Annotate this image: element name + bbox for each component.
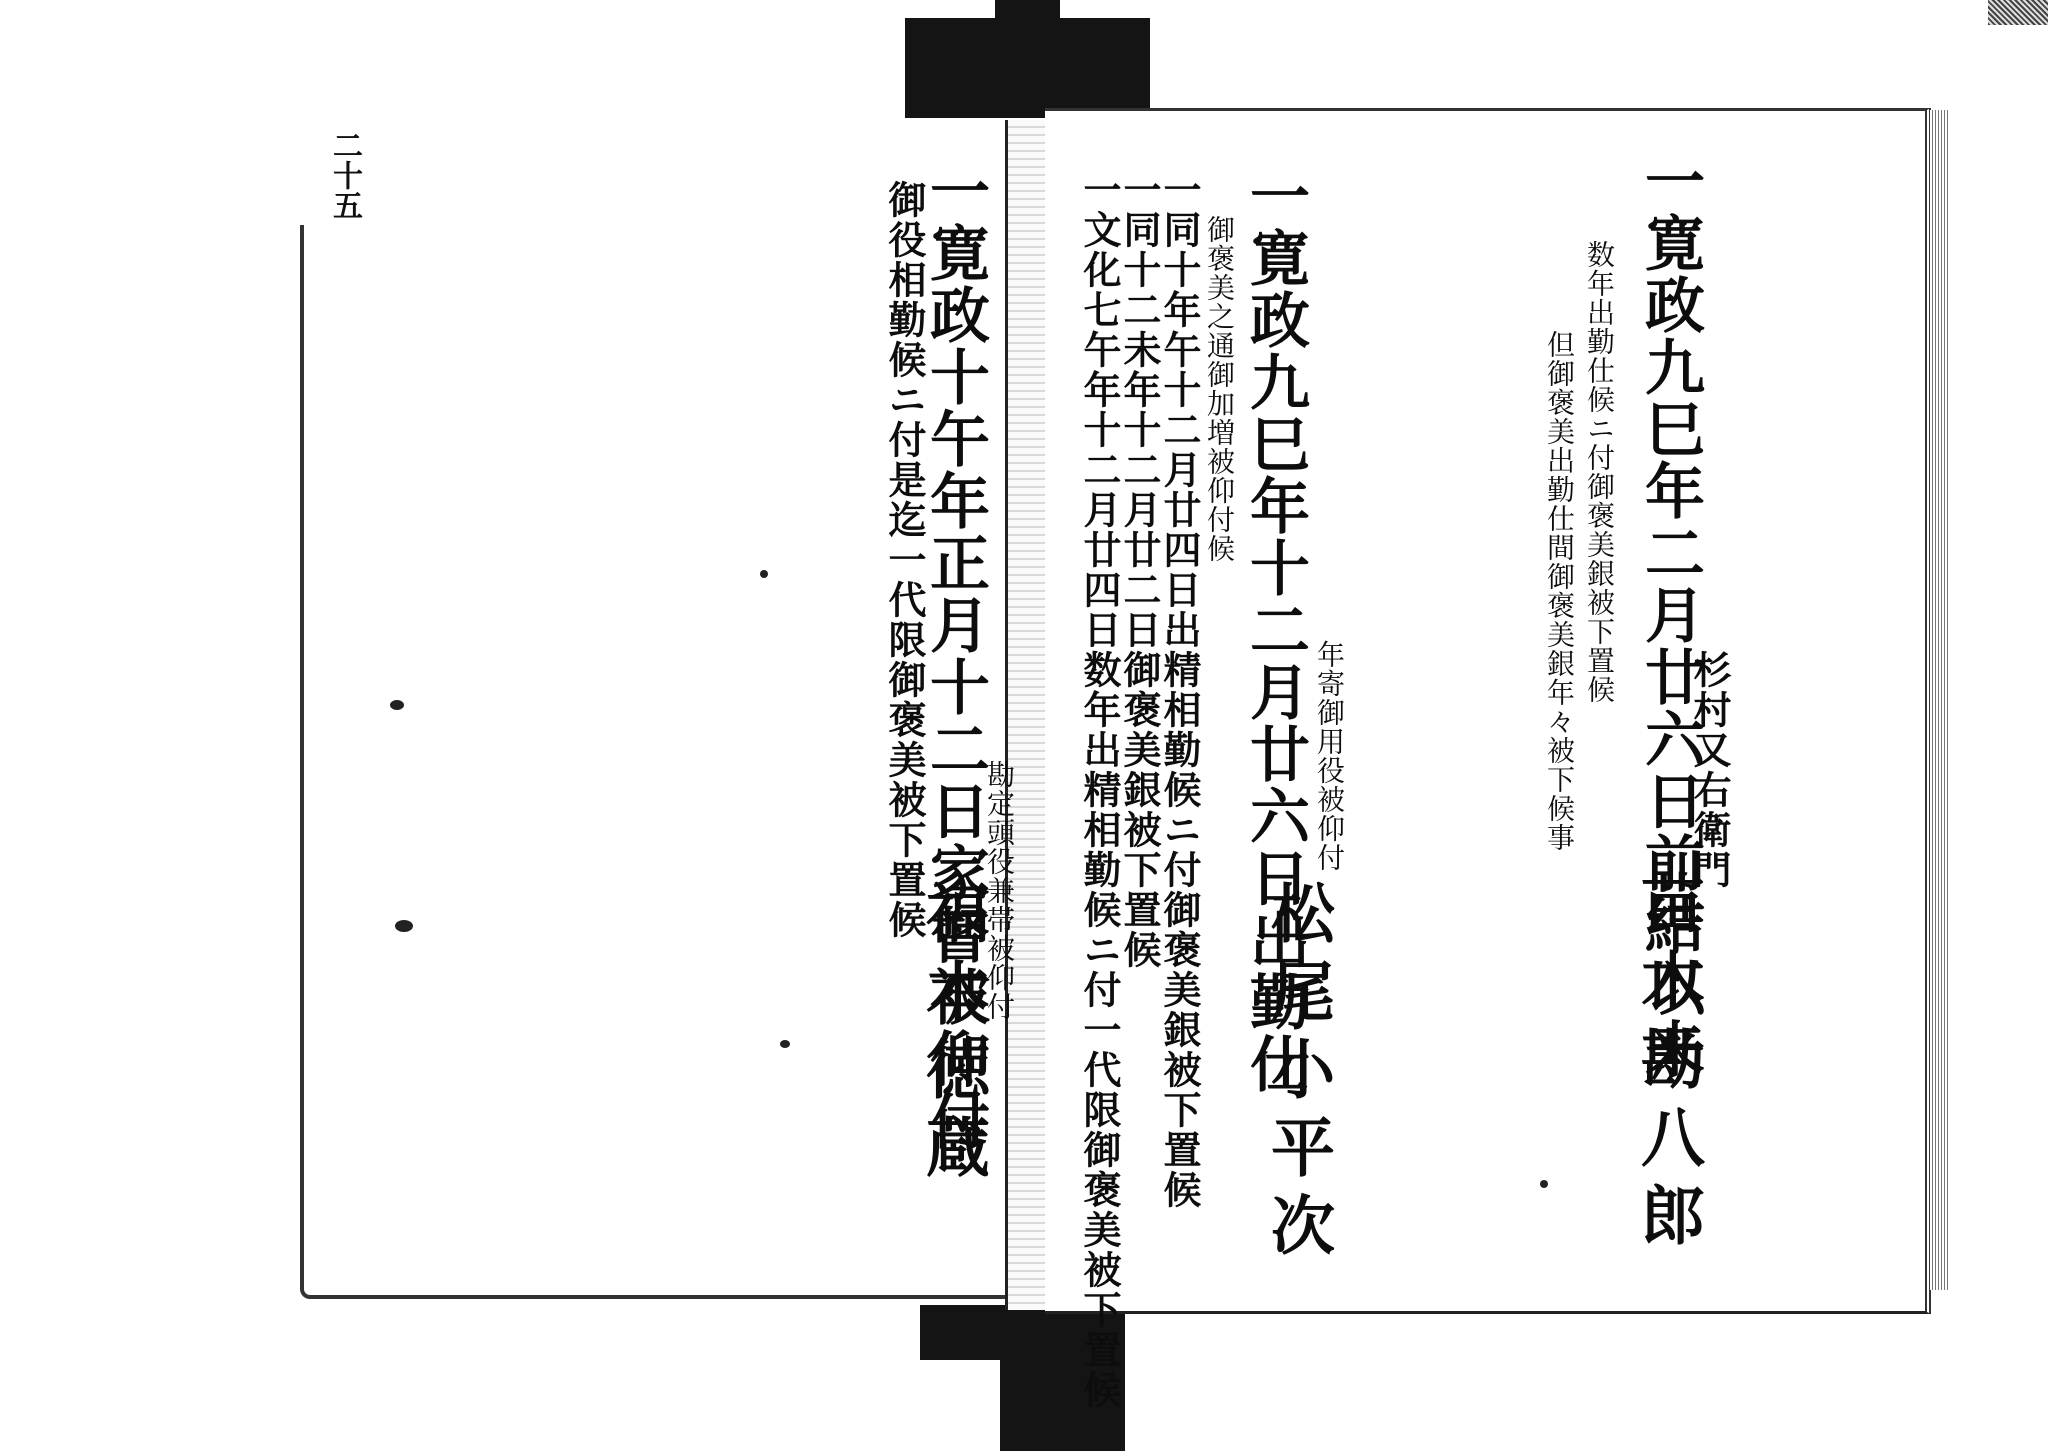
signature-name: 福本徳蔵 bbox=[920, 880, 984, 1192]
binding-tape-top-wide bbox=[905, 18, 1150, 118]
scan-noise-corner bbox=[1988, 0, 2048, 25]
ink-speck bbox=[760, 570, 768, 578]
entry-column: 数年出勤仕候ニ付御褒美銀被下置候 bbox=[1585, 240, 1613, 704]
name-header: 杉村又右衛門 bbox=[1690, 650, 1728, 890]
signature-name: 松尾小平次 bbox=[1265, 880, 1329, 1270]
ink-speck bbox=[390, 700, 404, 710]
note-column: 但御褒美出勤仕間御褒美銀年々被下候事 bbox=[1545, 330, 1573, 852]
page-edge-stack bbox=[1930, 110, 1950, 1290]
ink-speck bbox=[1540, 1180, 1548, 1188]
page-number: 二十五 bbox=[322, 130, 366, 220]
entry-column: 一同十二未年十二月廿二日御褒美銀被下置候 bbox=[1120, 170, 1158, 970]
ink-speck bbox=[780, 1040, 790, 1048]
signature-name: 苗木勘八郎 bbox=[1635, 870, 1699, 1260]
entry-column: 御役相勤候ニ付是迄一代限御褒美被下置候 bbox=[885, 180, 923, 940]
ink-speck bbox=[395, 920, 413, 932]
note-column: 年寄御用役被仰付 bbox=[1315, 640, 1343, 872]
entry-column: 一同十年午十二月廿四日出精相勤候ニ付御褒美銀被下置候 bbox=[1160, 170, 1198, 1210]
entry-column: 御褒美之通御加増被仰付候 bbox=[1205, 215, 1233, 563]
entry-column: 一文化七午年十二月廿四日数年出精相勤候ニ付一代限御褒美被下置候 bbox=[1080, 170, 1118, 1410]
book-spine bbox=[1005, 120, 1048, 1310]
